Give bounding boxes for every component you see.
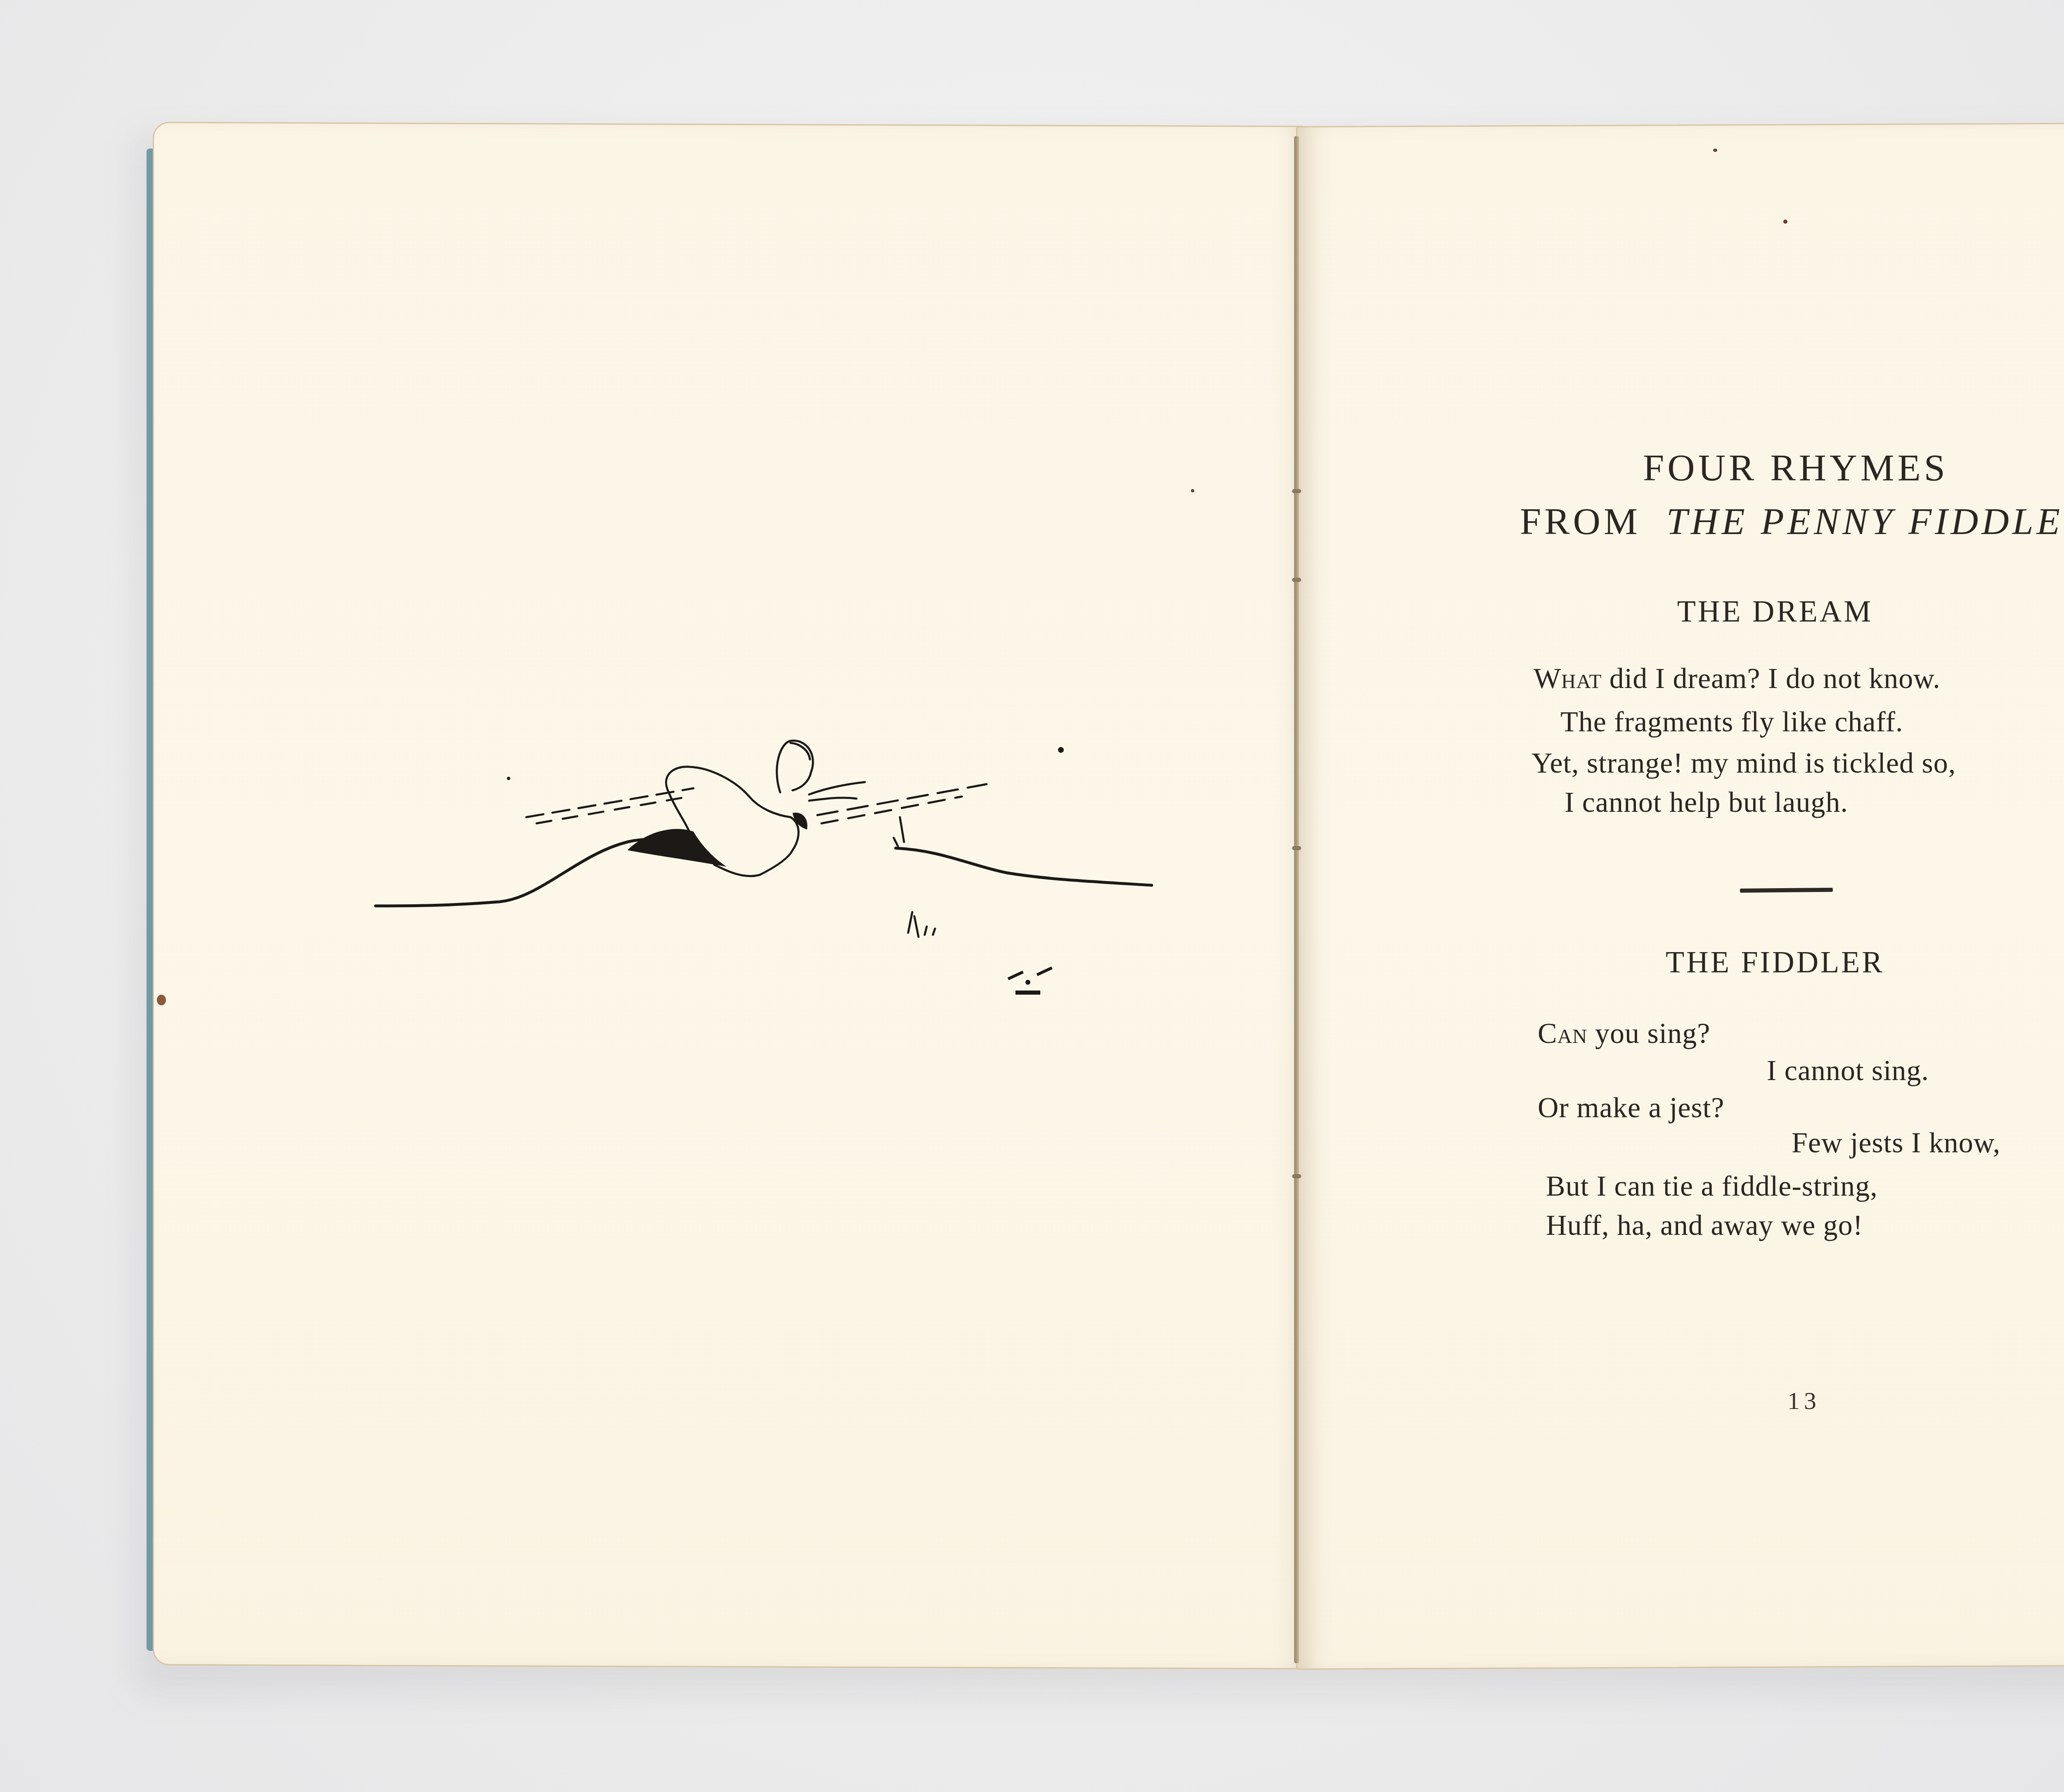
initial-small-caps: What [1534,663,1602,695]
poem-line: Huff, ha, and away we go! [1546,1209,1863,1242]
binding-stitch [1292,578,1301,582]
section-heading-line2: FROM THE PENNY FIDDLE [1470,499,2064,543]
photo-scene: FOUR RHYMES FROM THE PENNY FIDDLE THE DR… [0,0,2064,1792]
section-divider-rule [1740,888,1833,893]
initial-small-caps: Can [1538,1018,1587,1050]
poem-line: Can you sing? [1538,1017,1710,1050]
poem-line: But I can tie a fiddle-string, [1546,1170,1878,1203]
poem-line: I cannot help but laugh. [1565,786,1848,819]
poem-title-fiddler: THE FIDDLER [1527,945,2023,980]
poem-line-text: did I dream? I do not know. [1602,663,1941,695]
poem-line: Or make a jest? [1538,1092,1724,1125]
poem-line: The fragments fly like chaff. [1560,706,1903,739]
foxing-spot [157,995,166,1005]
child-on-hill-illustration [363,718,1172,1007]
poem-line: What did I dream? I do not know. [1534,662,1941,695]
book-gutter [1294,136,1299,1663]
paper-speck [1713,149,1717,152]
poem-title-dream: THE DREAM [1527,594,2023,629]
binding-stitch [1292,1174,1301,1178]
poem-line: I cannot sing. [1767,1054,1929,1087]
page-number: 13 [1787,1387,1820,1415]
heading-prefix: FROM [1520,500,1641,542]
poem-line: Yet, strange! my mind is tickled so, [1531,747,1956,780]
binding-stitch [1292,846,1301,850]
artist-signature [1008,967,1053,995]
paper-speck [1191,489,1194,492]
right-page [1296,121,2064,1670]
book-title: THE PENNY FIDDLE [1666,500,2063,542]
binding-stitch [1292,489,1301,493]
section-heading-line1: FOUR RHYMES [1486,446,2064,489]
paper-speck [1783,220,1787,224]
poem-line: Few jests I know, [1792,1127,2000,1160]
poem-line-text: you sing? [1587,1018,1710,1050]
